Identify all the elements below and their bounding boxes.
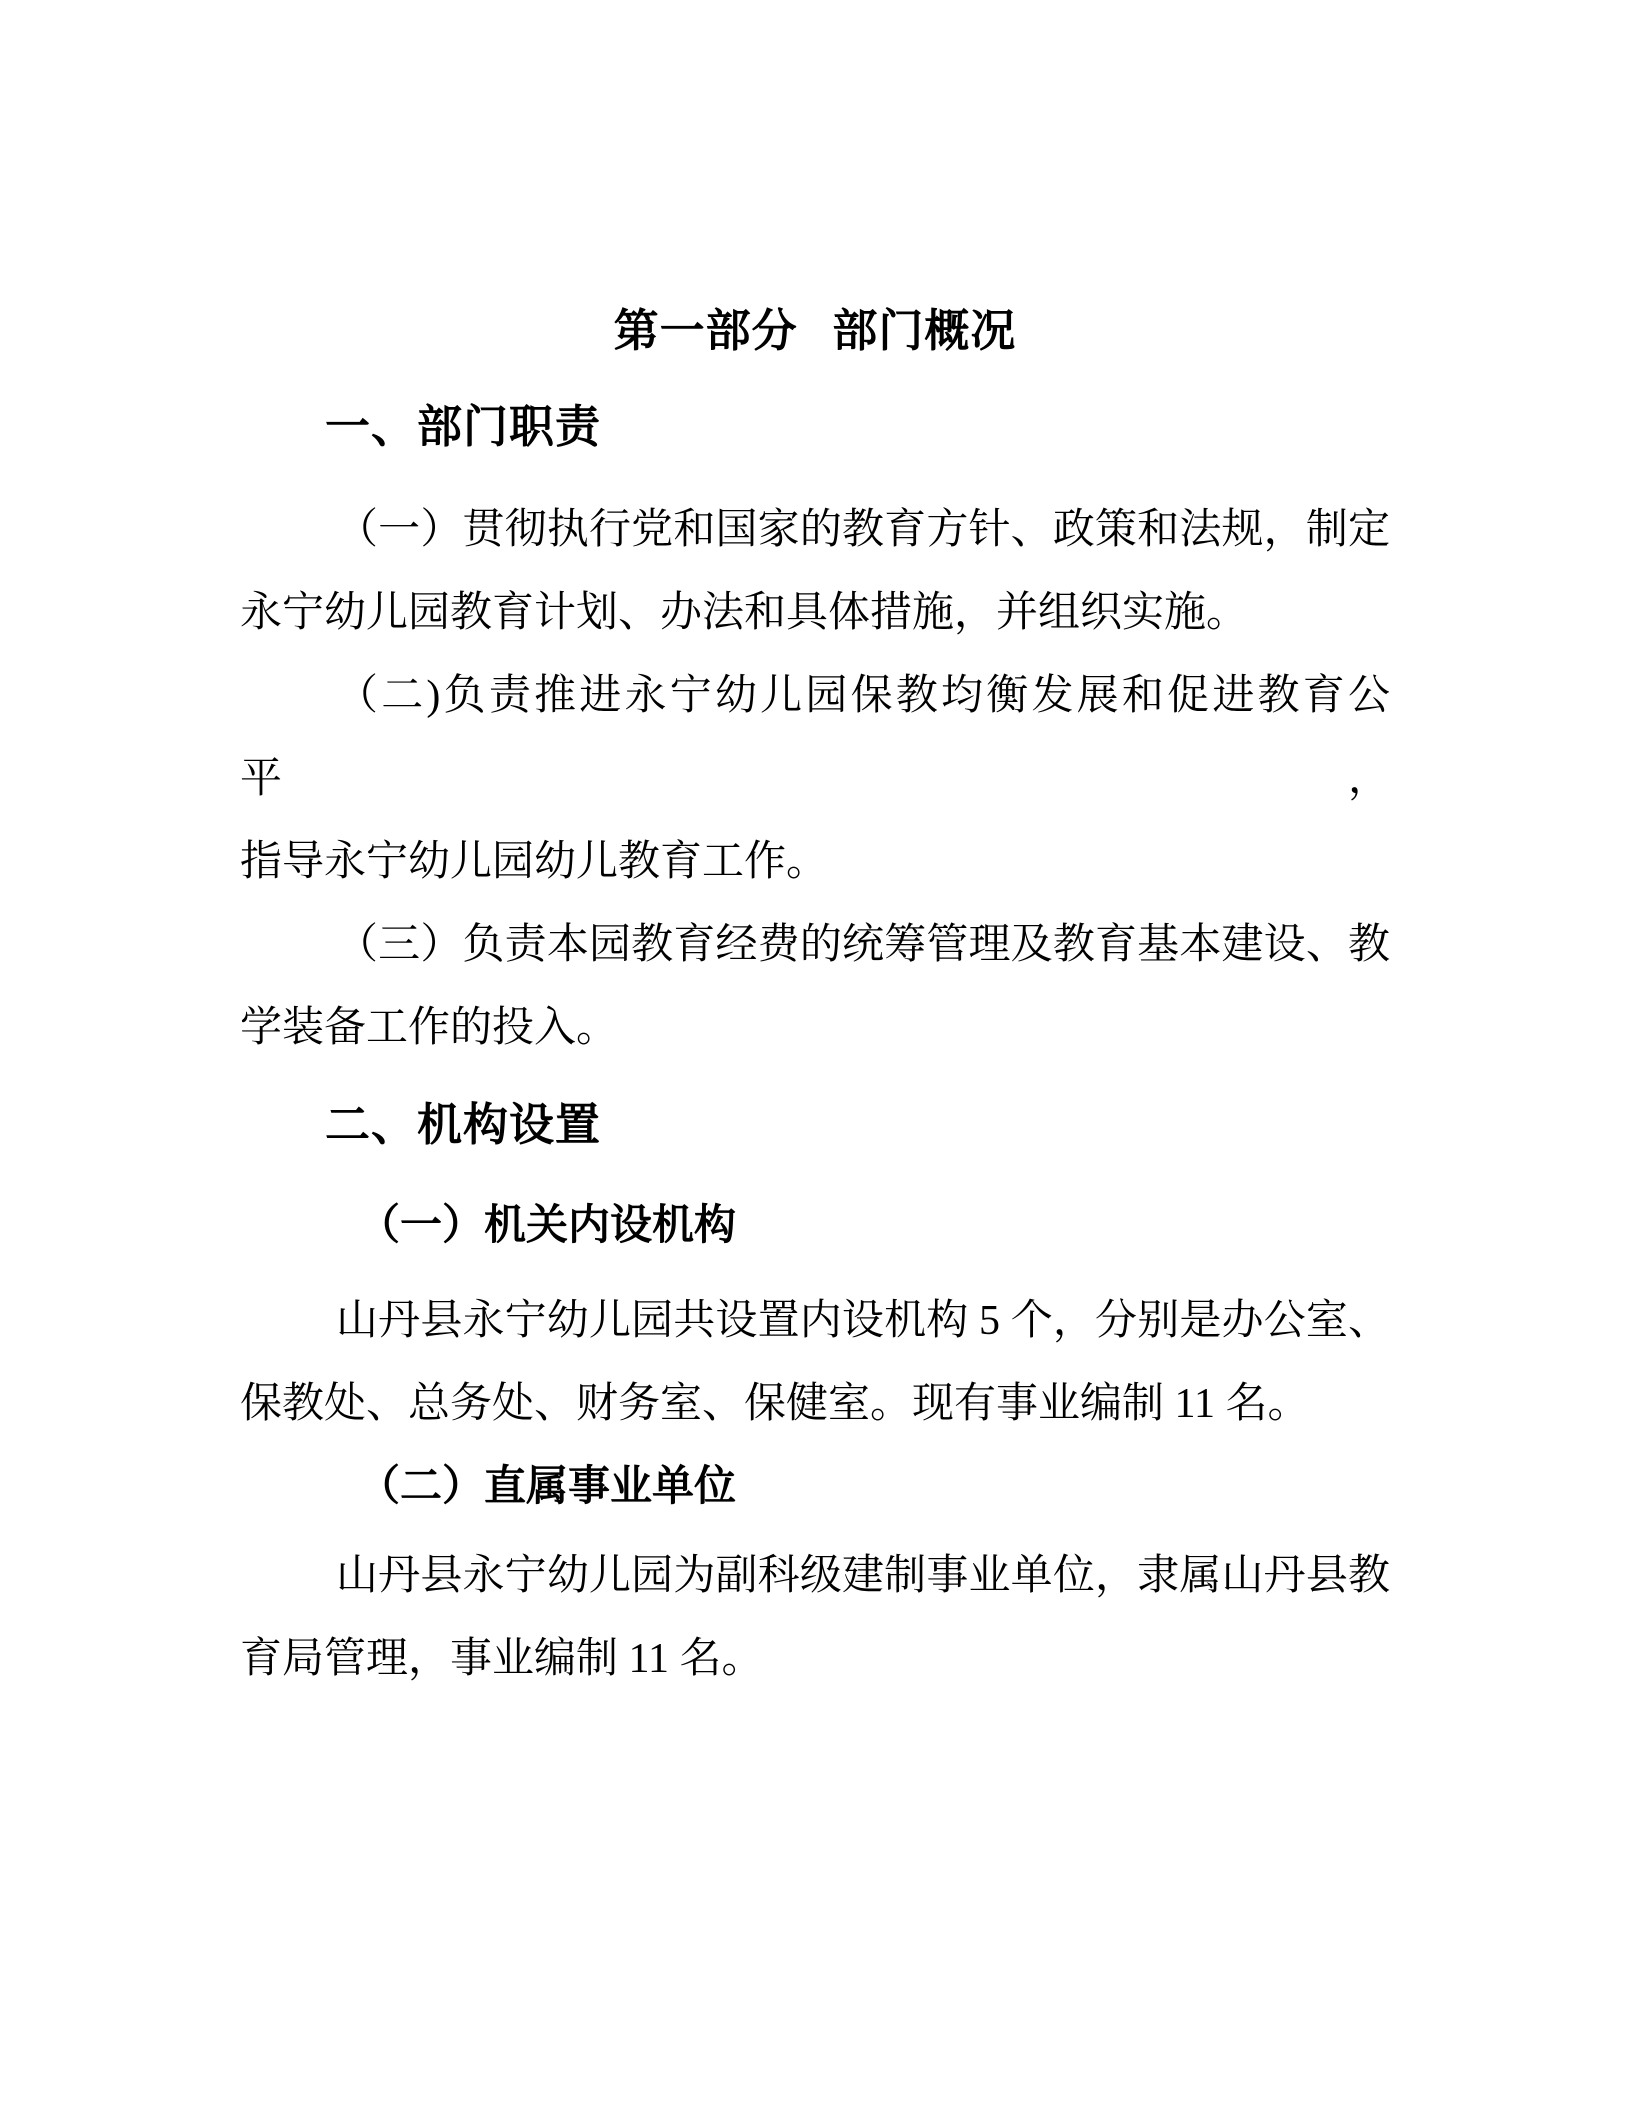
document-page: 第一部分 部门概况 一、部门职责 （一）贯彻执行党和国家的教育方针、政策和法规，… — [0, 0, 1632, 2112]
paragraph-duty-1: （一）贯彻执行党和国家的教育方针、政策和法规，制定 永宁幼儿园教育计划、办法和具… — [240, 489, 1390, 655]
heading-department-duties: 一、部门职责 — [240, 386, 1390, 469]
paragraph-line: （一）贯彻执行党和国家的教育方针、政策和法规，制定 — [240, 489, 1390, 572]
paragraph-line: 保教处、总务处、财务室、保健室。现有事业编制 11 名。 — [240, 1363, 1390, 1446]
paragraph-duty-2: （二)负责推进永宁幼儿园保教均衡发展和促进教育公平， 指导永宁幼儿园幼儿教育工作… — [240, 655, 1390, 904]
paragraph-line: 学装备工作的投入。 — [240, 987, 1390, 1070]
paragraph-internal-organs: 山丹县永宁幼儿园共设置内设机构 5 个，分别是办公室、 保教处、总务处、财务室、… — [240, 1280, 1390, 1446]
paragraph-line: 育局管理，事业编制 11 名。 — [240, 1618, 1390, 1701]
document-body: 第一部分 部门概况 一、部门职责 （一）贯彻执行党和国家的教育方针、政策和法规，… — [240, 290, 1390, 1701]
paragraph-subordinate-units: 山丹县永宁幼儿园为副科级建制事业单位，隶属山丹县教 育局管理，事业编制 11 名… — [240, 1535, 1390, 1701]
paragraph-duty-3: （三）负责本园教育经费的统筹管理及教育基本建设、教 学装备工作的投入。 — [240, 904, 1390, 1070]
document-title: 第一部分 部门概况 — [240, 290, 1390, 373]
paragraph-line: 山丹县永宁幼儿园共设置内设机构 5 个，分别是办公室、 — [240, 1280, 1390, 1363]
subheading-internal-organs: （一）机关内设机构 — [240, 1185, 1390, 1268]
heading-organization-setup: 二、机构设置 — [240, 1084, 1390, 1167]
paragraph-line: （二)负责推进永宁幼儿园保教均衡发展和促进教育公平， — [240, 655, 1390, 821]
paragraph-line: 山丹县永宁幼儿园为副科级建制事业单位，隶属山丹县教 — [240, 1535, 1390, 1618]
subheading-subordinate-units: （二）直属事业单位 — [240, 1446, 1390, 1529]
paragraph-line: （三）负责本园教育经费的统筹管理及教育基本建设、教 — [240, 904, 1390, 987]
paragraph-line: 指导永宁幼儿园幼儿教育工作。 — [240, 821, 1390, 904]
paragraph-line: 永宁幼儿园教育计划、办法和具体措施，并组织实施。 — [240, 572, 1390, 655]
